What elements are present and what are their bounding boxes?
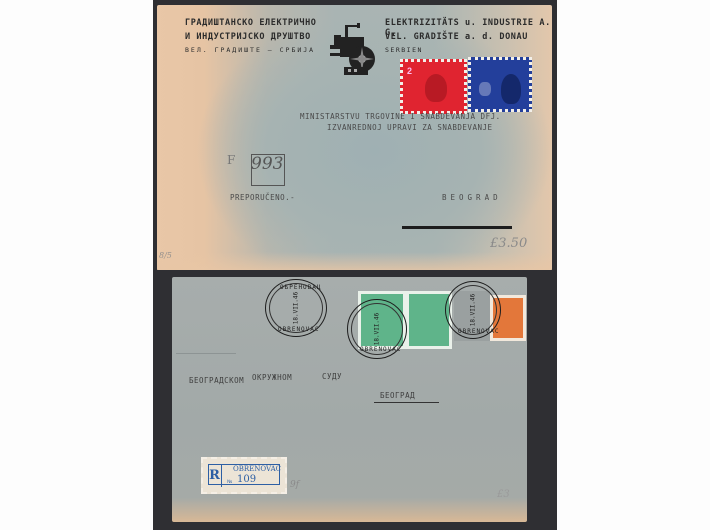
registration-number: 109 [237,474,256,485]
top-envelope: ГРАДИШТАНСКО ЕЛЕКТРИЧНО И ИНДУСТРИЈСКО Д… [157,5,552,270]
registered-service-text: PREPORUČENO.- [230,193,295,202]
address-word-1: БЕОГРАДСКОМ [189,376,244,385]
destination-city: БЕОГРАД [380,391,415,400]
registration-number: 993 [251,154,283,174]
registration-r-letter: R [208,464,222,487]
red-postage-stamp: 2 [400,59,467,114]
registration-office: OBRENOVAC [233,465,281,473]
destination-underline [402,226,512,229]
factory-waterwheel-icon [330,23,380,79]
letterhead-right-line3: SERBIEN [385,46,423,54]
crease-line [176,353,236,354]
pencil-price: £3.50 [490,236,527,251]
stamp-emblem [479,82,491,96]
address-word-3: СУДУ [322,372,342,381]
stamp-portrait [425,74,447,102]
number-sign: № [227,479,232,485]
postmark-2: 18.VII.46 OBRENOVAC [347,299,407,359]
destination-city: BEOGRAD [442,193,502,202]
postmark-1: 18.VII.46 ОБРЕНОВАЦ OBRENOVAC [265,279,327,337]
stamp-portrait [501,74,521,104]
pencil-margin-note: 8/5 [159,251,172,260]
blue-postage-stamp [468,57,532,112]
green-postage-stamp-2 [406,291,452,349]
registration-mark: F [227,153,235,167]
bottom-envelope: 18.VII.46 ОБРЕНОВАЦ OBRENOVAC 18.VII.46 … [172,277,527,522]
letterhead-left-line3: ВЕЛ. ГРАДИШТЕ — СРБИЈА [185,46,315,54]
destination-underline [374,402,439,403]
letterhead-right-line2: VEL. GRADIŠTE a. d. DONAU [385,32,528,42]
registration-label: R OBRENOVAC № 109 [201,457,287,494]
pencil-note-right: £3 [497,489,510,500]
address-word-2: ОКРУЖНОМ [252,373,292,382]
postmark-3: 18.VII.46 OBRENOVAC [445,281,501,339]
address-line-2: IZVANREDNOJ UPRAVI ZA SNABDEVANJE [327,123,493,132]
address-line-1: MINISTARSTVU TRGOVINE I SNABDEVANJA DFJ. [300,112,501,121]
letterhead-left-line1: ГРАДИШТАНСКО ЕЛЕКТРИЧНО [185,18,317,28]
pencil-note-left: 9f [290,480,299,490]
letterhead-left-line2: И ИНДУСТРИЈСКО ДРУШТВО [185,32,311,42]
